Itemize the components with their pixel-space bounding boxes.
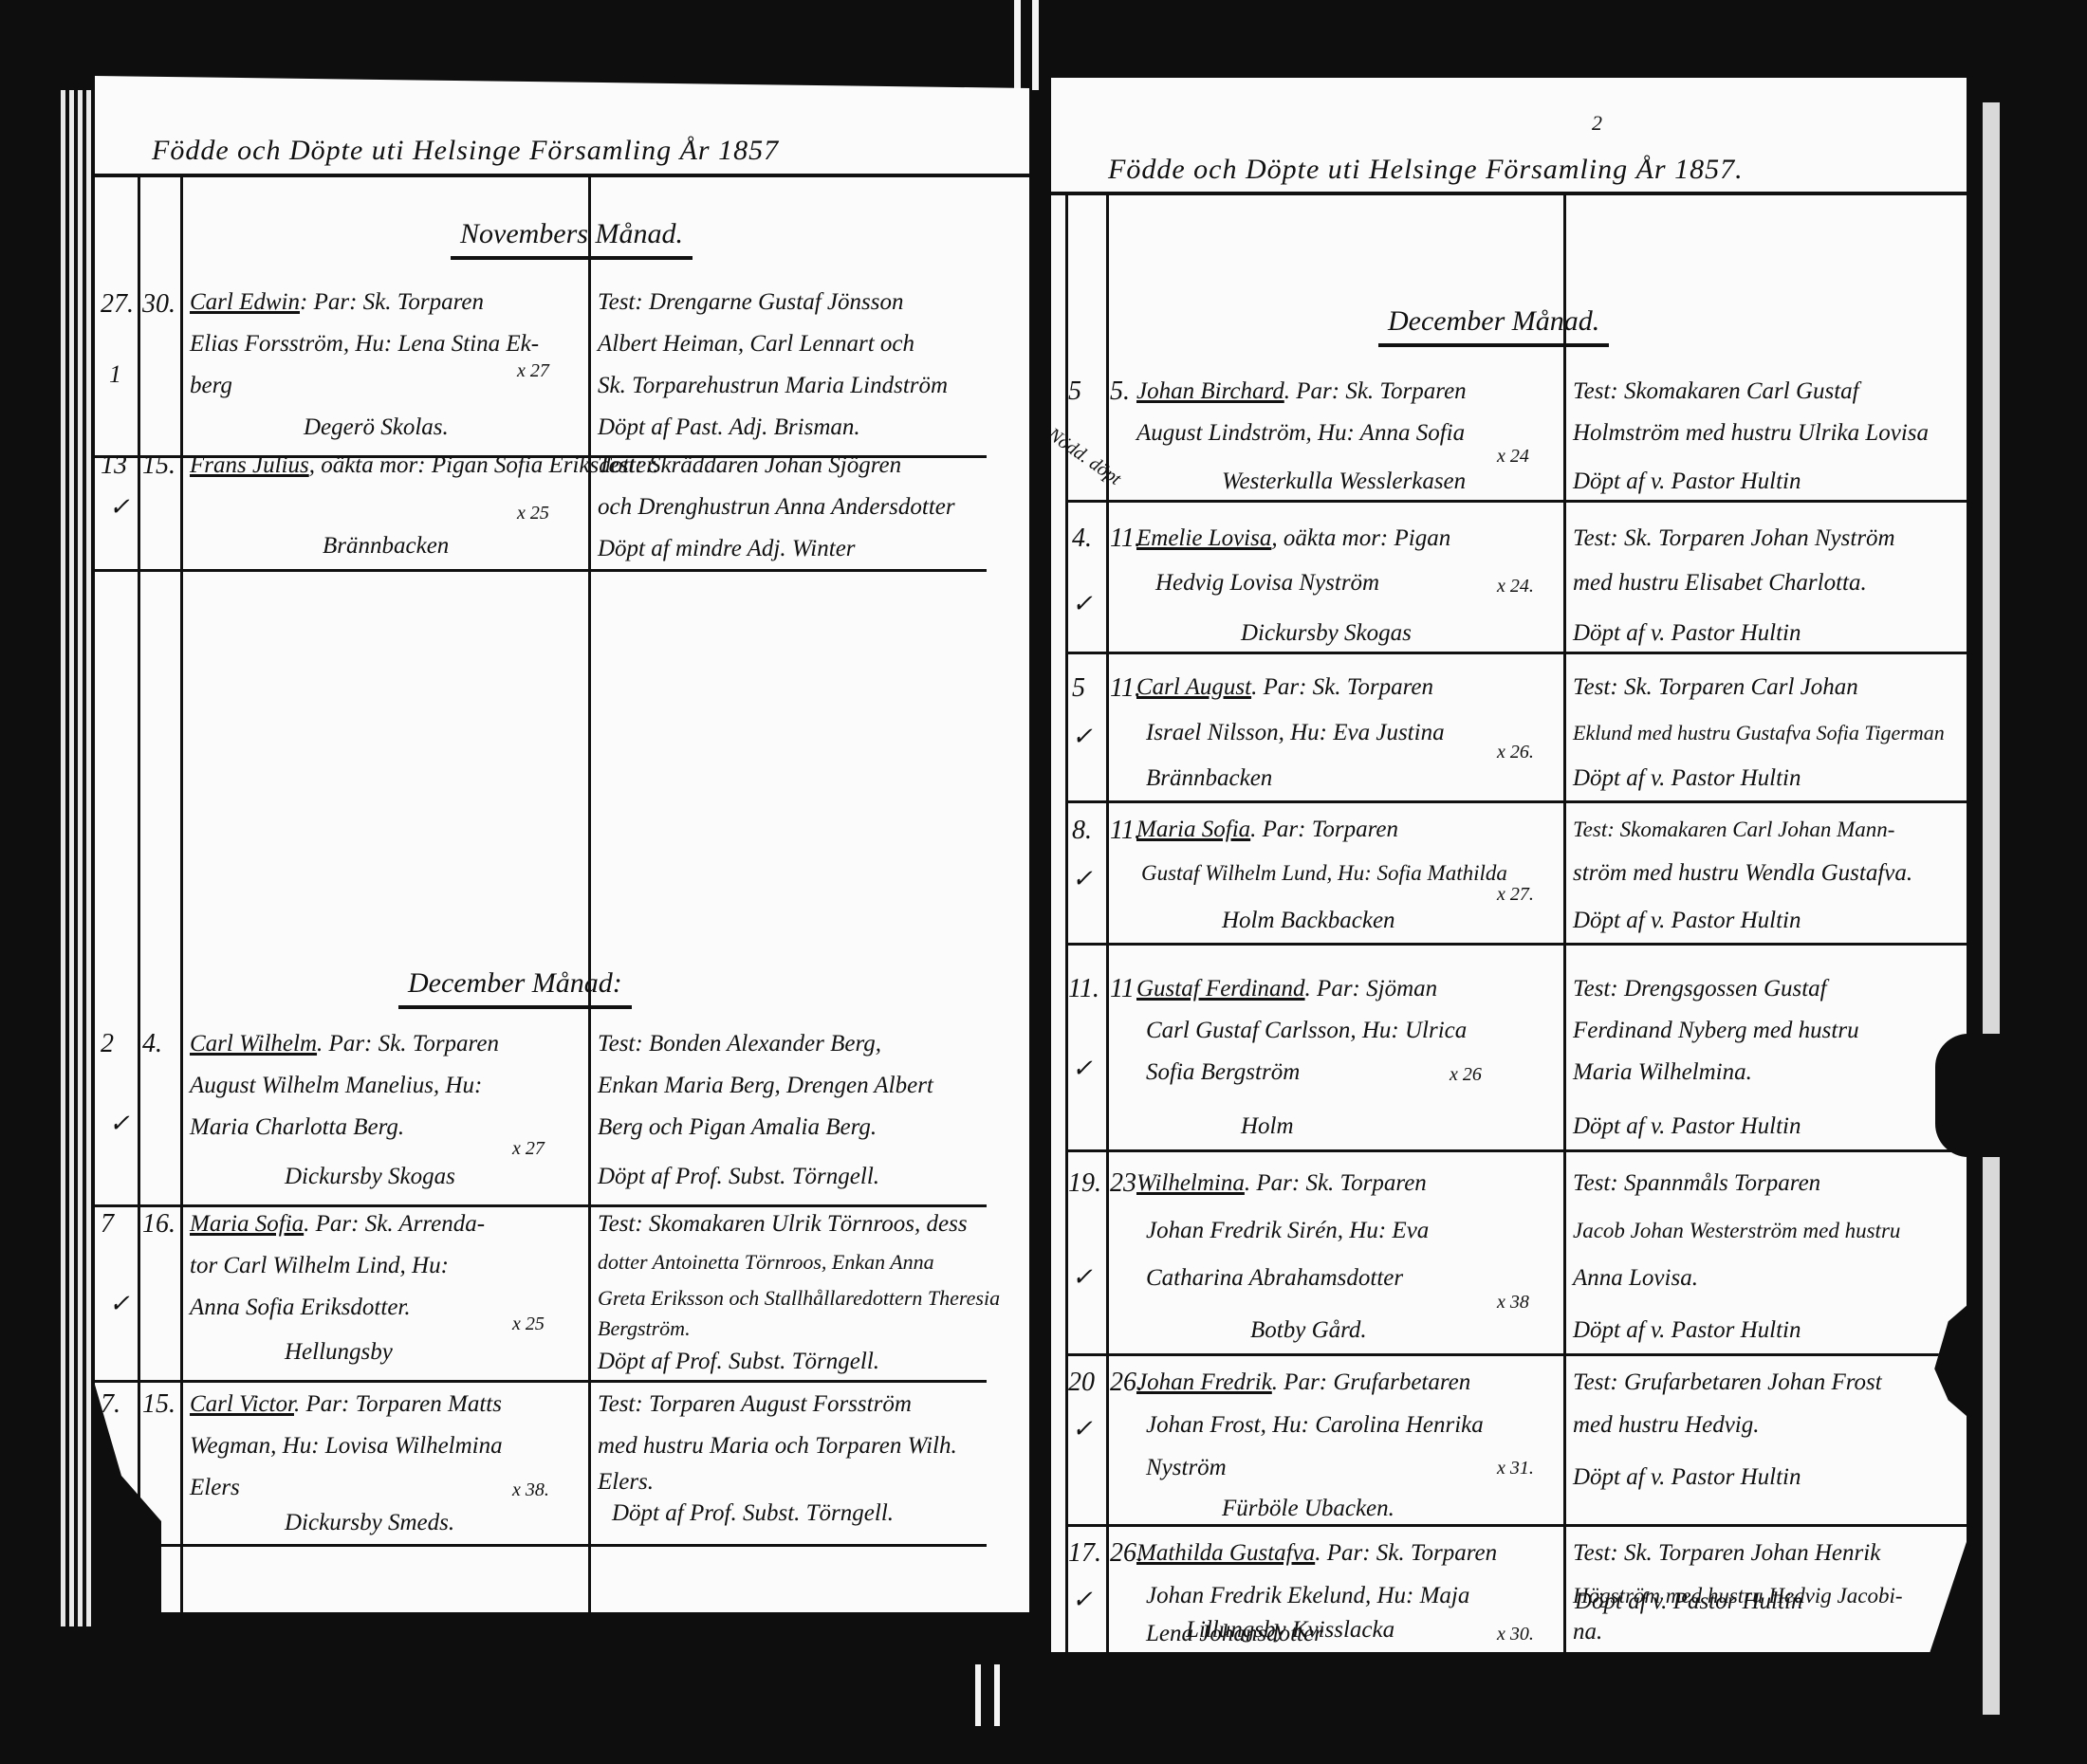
margin-mark: ✓ [1072,1415,1093,1443]
baptized-by: Döpt af Prof. Subst. Törngell. [612,1494,894,1534]
child-name: Johan Fredrik [1136,1369,1272,1395]
witnesses-line: Maria Wilhelmina. [1573,1053,1752,1093]
mother-age: x 25 [517,503,549,524]
column-divider [1563,192,1566,1652]
witnesses-line: Albert Heiman, Carl Lennart och [598,324,914,364]
witnesses-line: med hustru Maria och Torparen Wilh. [598,1426,957,1466]
baptized-by: Döpt af v. Pastor Hultin [1573,462,1801,502]
baptized-by: Döpt af v. Pastor Hultin [1573,1458,1801,1498]
margin-mark: 1 [109,360,121,389]
margin-mark: ✓ [1072,590,1093,618]
baptism-day: 4. [142,1029,162,1059]
parents-line: August Lindström, Hu: Anna Sofia [1136,413,1465,453]
binding-strip [994,1664,1000,1726]
entry-rule [1065,800,1967,803]
parents-line: Catharina Abrahamsdotter [1146,1259,1403,1298]
residence: Westerkulla Wesslerkasen [1222,462,1466,502]
mother-age: x 25 [512,1314,545,1335]
child-name: Emelie Lovisa [1136,525,1271,551]
witnesses-line: dotter Antoinetta Törnroos, Enkan Anna [598,1242,934,1282]
parents-line: Par: Torparen [1263,817,1398,842]
child-name: Mathilda Gustafva [1136,1540,1315,1566]
mother-age: x 24 [1497,446,1529,468]
child-name: Carl Wilhelm [190,1031,317,1057]
parents-line: Israel Nilsson, Hu: Eva Justina [1146,713,1445,753]
witnesses-line: Test: Spannmåls Torparen [1573,1164,1820,1204]
witnesses-line: Berg och Pigan Amalia Berg. [598,1108,877,1148]
month-heading: December Månad: [398,967,632,1009]
witnesses-line: och Drenghustrun Anna Andersdotter [598,487,955,527]
birth-day: 5 [1068,377,1081,407]
witnesses-line: Test: Grufarbetaren Johan Frost [1573,1363,1882,1403]
parents-line: Maria Charlotta Berg. [190,1108,404,1148]
parents-line: August Wilhelm Manelius, Hu: [190,1066,482,1106]
parents-line: Par: Sjöman [1317,976,1437,1001]
parents-line: Par: Sk. Arrenda- [316,1211,485,1237]
parents-line: Elers [190,1468,240,1508]
baptized-by: Döpt af Prof. Subst. Törngell. [598,1157,879,1197]
child-name: Carl August [1136,674,1251,700]
witnesses-line: Test: Sk. Torparen Carl Johan [1573,668,1858,707]
residence: Dickursby Skogas [285,1157,455,1197]
entry-rule [1065,1524,1967,1527]
baptized-by: Döpt af v. Pastor Hultin [1573,901,1801,941]
entry-rule [95,1544,987,1547]
entry-rule [1065,500,1967,503]
witnesses-line: Test: Bonden Alexander Berg, [598,1024,881,1064]
entry-rule [1065,652,1967,654]
mother-age: x 38 [1497,1292,1529,1314]
witnesses-line: Test: Sk. Torparen Johan Nyström [1573,519,1895,559]
birth-day: 19. [1068,1168,1101,1199]
entry-rule [95,569,987,572]
witnesses-line: Test: Skomakaren Carl Gustaf [1573,372,1859,412]
parents-line: Anna Sofia Eriksdotter. [190,1288,411,1328]
witnesses-line: Anna Lovisa. [1573,1259,1698,1298]
birth-day: 11. [1068,974,1099,1004]
witnesses-line: med hustru Elisabet Charlotta. [1573,563,1867,603]
witnesses-line: Test: Sk. Torparen Johan Henrik [1573,1534,1880,1573]
witnesses-line: med hustru Hedvig. [1573,1406,1760,1445]
baptism-day: 15. [142,450,175,481]
margin-mark: ✓ [1072,865,1093,893]
parents-line: Par: Sk. Torparen [1327,1540,1497,1566]
witnesses-line: Test: Skomakaren Carl Johan Mann- [1573,810,1894,850]
mother-age: x 38. [512,1479,549,1501]
right-page: 2 Födde och Döpte uti Helsinge Församlin… [1051,78,1967,1652]
margin-note: Nödd. döpt [1051,424,1125,490]
baptized-by: Döpt af Past. Adj. Brisman. [598,408,860,448]
witnesses-line: Holmström med hustru Ulrika Lovisa [1573,413,1929,453]
witnesses-line: Test: Drengsgossen Gustaf [1573,969,1827,1009]
residence: Holm Backbacken [1222,901,1395,941]
left-page: Födde och Döpte uti Helsinge Församling … [95,76,1029,1612]
entry-rule [1065,943,1967,946]
residence: Botby Gård. [1250,1311,1367,1351]
binding-strip [1032,0,1039,90]
margin-mark: ✓ [1072,1586,1093,1614]
residence: Degerö Skolas. [304,408,449,448]
mother-age: x 26 [1450,1064,1482,1086]
margin-mark: ✓ [1072,1263,1093,1292]
page-header: Födde och Döpte uti Helsinge Församling … [1108,154,1744,186]
margin-mark: ✓ [109,1110,130,1138]
mother-age: x 26. [1497,742,1534,763]
baptism-day: 15. [142,1389,175,1420]
margin-mark: ✓ [1072,1055,1093,1083]
header-rule [1051,192,1967,195]
month-heading: Novembers Månad. [451,218,693,260]
child-name: Carl Edwin [190,289,300,315]
mother-age: x 27. [1497,884,1534,906]
parents-line: Sofia Bergström [1146,1053,1300,1093]
birth-day: 8. [1072,816,1092,846]
residence: Dickursby Smeds. [285,1503,454,1543]
parents-line: Par: Grufarbetaren [1284,1369,1470,1395]
right-page-edge-sheet [1983,102,2000,1715]
column-divider [1065,192,1068,1652]
child-name: Carl Victor [190,1391,294,1417]
parents-line: tor Carl Wilhelm Lind, Hu: [190,1246,449,1286]
baptized-by: Döpt af v. Pastor Hultin [1573,614,1801,653]
child-name: Wilhelmina [1136,1170,1245,1196]
page-number-mark: 2 [1592,111,1602,136]
binding-strip [1014,0,1021,90]
mother-age: x 31. [1497,1458,1534,1479]
parents-line: Wegman, Hu: Lovisa Wilhelmina [190,1426,503,1466]
birth-day: 27. [101,289,134,320]
witnesses-line: Test: Skomakaren Ulrik Törnroos, dess [598,1204,968,1244]
baptism-day: 23 [1110,1168,1136,1199]
residence: Brännbacken [1146,759,1272,799]
witnesses-line: Sk. Torparehustrun Maria Lindström [598,366,948,406]
entry-rule [1065,1149,1967,1152]
birth-day: 13 [101,450,127,481]
parents-line: Par: Sk. Torparen [329,1031,499,1057]
mother-age: x 24. [1497,576,1534,597]
baptized-by: Döpt af v. Pastor Hultin [1573,1311,1801,1351]
column-divider [588,174,591,1612]
residence: Dickursby Skogas [1241,614,1412,653]
parents-line: oäkta mor: Pigan [1284,525,1450,551]
residence: Brännbacken [323,526,449,566]
mother-age: x 30. [1497,1624,1534,1645]
child-name: Frans Julius [190,452,309,478]
parents-line: Par: Sk. Torparen [1264,674,1433,700]
baptized-by: Döpt af v. Pastor Hultin [1575,1582,1803,1622]
child-name: Johan Birchard [1136,378,1284,404]
binding-strip [975,1664,981,1726]
margin-mark: ✓ [109,493,130,522]
baptized-by: Döpt af v. Pastor Hultin [1573,1107,1801,1147]
birth-day: 2 [101,1029,114,1059]
witnesses-line: Test: Drengarne Gustaf Jönsson [598,283,903,322]
parents-line: Par: Sk. Torparen [1296,378,1466,404]
page-header: Födde och Döpte uti Helsinge Församling … [152,135,779,167]
entry-rule [95,1380,987,1383]
witnesses-line: Jacob Johan Westerström med hustru [1573,1211,1900,1251]
parents-line: Hedvig Lovisa Nyström [1155,563,1379,603]
witnesses-line: ström med hustru Wendla Gustafva. [1573,854,1912,893]
entry-rule [1065,1353,1967,1356]
column-divider [138,174,140,1612]
parents-line: Par: Sk. Torparen [314,289,484,315]
witnesses-line: Ferdinand Nyberg med hustru [1573,1011,1859,1051]
parents-line: Elias Forsström, Hu: Lena Stina Ek- [190,324,539,364]
birth-day: 5 [1072,673,1085,704]
residence: Lillungsby Kvisslacka [1186,1610,1394,1650]
baptism-day: 11 [1110,974,1135,1004]
margin-mark: ✓ [109,1290,130,1318]
left-page-edge-sheets [57,90,95,1626]
child-name: Gustaf Ferdinand [1136,976,1305,1001]
margin-mark: ✓ [1072,723,1093,751]
residence: Fürböle Ubacken. [1222,1489,1394,1529]
parents-line: Carl Gustaf Carlsson, Hu: Ulrica [1146,1011,1467,1051]
birth-day: 4. [1072,524,1092,554]
witnesses-line: Enkan Maria Berg, Drengen Albert [598,1066,933,1106]
mother-age: x 27 [512,1138,545,1160]
parents-line: berg [190,366,232,406]
baptized-by: Döpt af Prof. Subst. Törngell. [598,1342,879,1382]
child-name: Maria Sofia [190,1211,304,1237]
parents-line: Johan Frost, Hu: Carolina Henrika [1146,1406,1484,1445]
baptized-by: Döpt af mindre Adj. Winter [598,529,856,569]
column-divider [180,174,183,1612]
baptism-day: 30. [142,289,175,320]
birth-day: 20 [1068,1368,1095,1398]
parents-line: Par: Torparen Matts [305,1391,502,1417]
parents-line: Gustaf Wilhelm Lund, Hu: Sofia Mathilda [1141,854,1507,893]
baptized-by: Döpt af v. Pastor Hultin [1573,759,1801,799]
parents-line: Par: Sk. Torparen [1256,1170,1426,1196]
residence: Hellungsby [285,1332,393,1372]
month-heading: December Månad. [1378,305,1609,347]
baptism-day: 16. [142,1209,175,1240]
birth-day: 17. [1068,1538,1101,1569]
residence: Holm [1241,1107,1294,1147]
parents-line: Johan Fredrik Sirén, Hu: Eva [1146,1211,1429,1251]
scan-shadow [1935,1034,2002,1157]
witnesses-line: Eklund med hustru Gustafva Sofia Tigerma… [1573,713,1945,753]
birth-day: 7 [101,1209,114,1240]
witnesses-line: Test: Skräddaren Johan Sjögren [598,446,901,486]
baptism-day: 5. [1110,377,1130,407]
header-rule [95,174,1029,177]
child-name: Maria Sofia [1136,817,1250,842]
parents-line: Nyström [1146,1448,1227,1488]
column-divider [1106,192,1109,1652]
mother-age: x 27 [517,360,549,382]
witnesses-line: Test: Torparen August Forsström [598,1385,912,1424]
